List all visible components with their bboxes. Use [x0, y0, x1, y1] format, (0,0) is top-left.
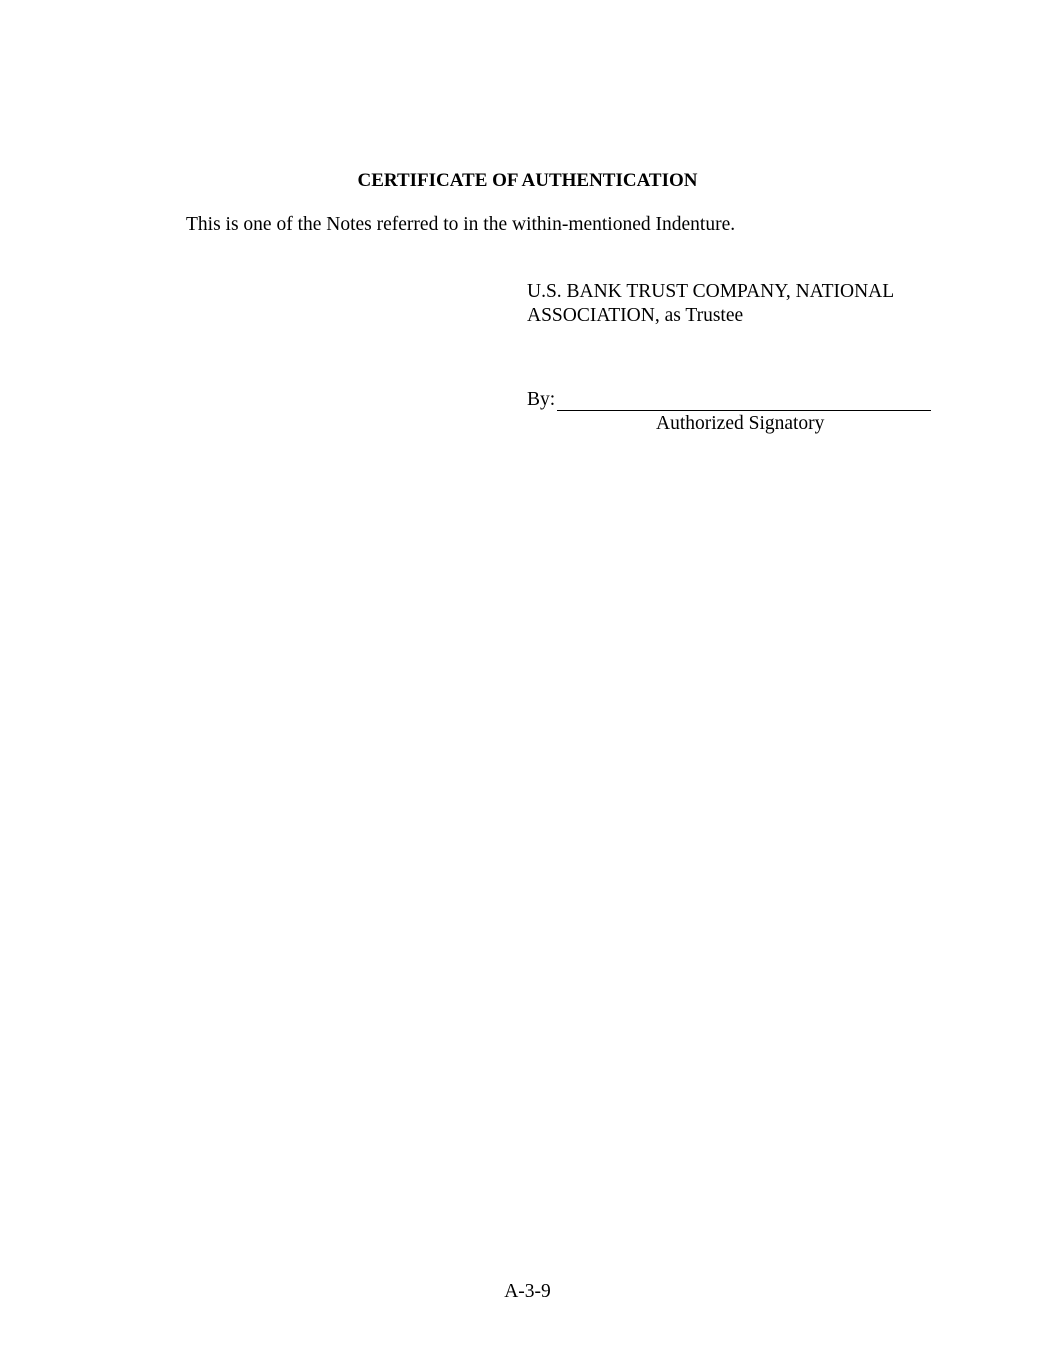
signature-line: [557, 390, 931, 411]
certificate-title: CERTIFICATE OF AUTHENTICATION: [0, 170, 1055, 192]
trustee-name-line-2: ASSOCIATION, as Trustee: [527, 304, 894, 328]
signatory-caption: Authorized Signatory: [656, 413, 824, 435]
signature-row: By:: [527, 389, 931, 411]
trustee-name-block: U.S. BANK TRUST COMPANY, NATIONAL ASSOCI…: [527, 280, 894, 328]
by-label: By:: [527, 389, 555, 411]
page-number: A-3-9: [0, 1281, 1055, 1303]
authentication-statement: This is one of the Notes referred to in …: [186, 214, 735, 236]
trustee-name-line-1: U.S. BANK TRUST COMPANY, NATIONAL: [527, 280, 894, 304]
